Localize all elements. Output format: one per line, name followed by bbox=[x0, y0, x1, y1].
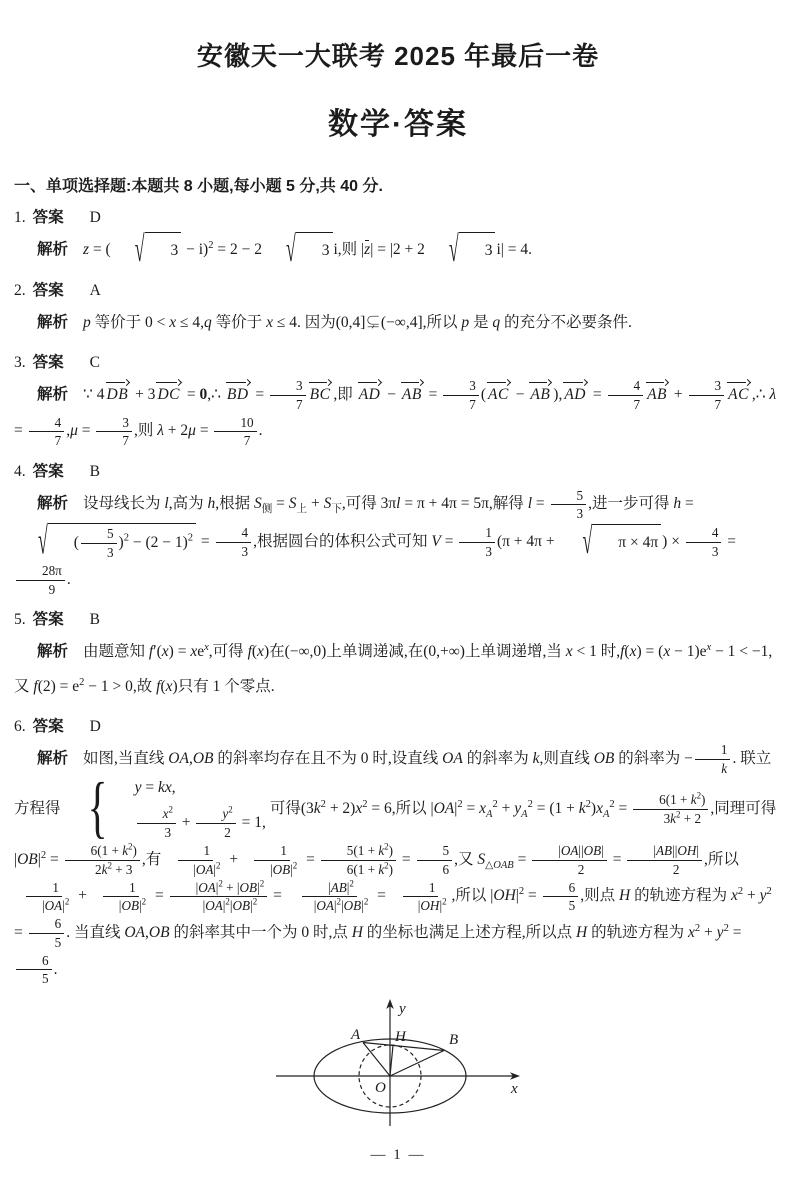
analysis-content: p 等价于 0 < x ≤ 4,q 等价于 x ≤ 4. 因为(0,4]⊊(−∞… bbox=[83, 314, 632, 331]
answer-item-5: 5.答案B 解析由题意知 f′(x) = xex,可得 f(x)在(−∞,0)上… bbox=[14, 605, 782, 704]
analysis-content: 如图,当直线 OA,OB 的斜率均存在且不为 0 时,设直线 OA 的斜率为 k… bbox=[14, 750, 776, 978]
answer-letter: D bbox=[90, 718, 101, 735]
answer-line: 3.答案C bbox=[14, 348, 782, 377]
analysis-content: z = (√3 − i)2 = 2 − 2√3i,则 |z| = |2 + 2√… bbox=[83, 241, 532, 258]
answer-item-4: 4.答案B 解析设母线长为 l,高为 h,根据 S侧 = S上 + S下,可得 … bbox=[14, 457, 782, 598]
answer-letter: B bbox=[90, 611, 100, 628]
answer-letter: A bbox=[90, 282, 101, 299]
section-heading: 一、单项选择题:本题共 8 小题,每小题 5 分,共 40 分. bbox=[14, 173, 782, 196]
answer-letter: D bbox=[90, 209, 101, 226]
answer-letter: B bbox=[90, 463, 100, 480]
question-number: 5. bbox=[14, 611, 26, 628]
answer-line: 2.答案A bbox=[14, 276, 782, 305]
figure-label-y: y bbox=[397, 1001, 406, 1017]
figure-label-B: B bbox=[449, 1032, 458, 1048]
answer-line: 1.答案D bbox=[14, 203, 782, 232]
answer-item-6: 6.答案D 解析如图,当直线 OA,OB 的斜率均存在且不为 0 时,设直线 O… bbox=[14, 712, 782, 989]
analysis-content: ∵ 4DB + 3DC = 0,∴ BD = 37BC,即 AD − AB = … bbox=[14, 386, 776, 440]
answer-line: 6.答案D bbox=[14, 712, 782, 741]
analysis-paragraph: 解析如图,当直线 OA,OB 的斜率均存在且不为 0 时,设直线 OA 的斜率为… bbox=[14, 741, 782, 988]
analysis-paragraph: 解析∵ 4DB + 3DC = 0,∴ BD = 37BC,即 AD − AB … bbox=[14, 377, 782, 450]
page-number: — 1 — bbox=[14, 1147, 782, 1164]
answer-label: 答案 bbox=[33, 354, 64, 371]
answer-line: 4.答案B bbox=[14, 457, 782, 486]
answer-label: 答案 bbox=[33, 209, 64, 226]
question-number: 6. bbox=[14, 718, 26, 735]
answer-label: 答案 bbox=[33, 282, 64, 299]
analysis-label: 解析 bbox=[37, 643, 68, 660]
figure-label-O: O bbox=[375, 1080, 386, 1096]
question-number: 3. bbox=[14, 354, 26, 371]
question-number: 1. bbox=[14, 209, 26, 226]
answer-item-1: 1.答案D 解析z = (√3 − i)2 = 2 − 2√3i,则 |z| =… bbox=[14, 203, 782, 269]
answer-line: 5.答案B bbox=[14, 605, 782, 634]
analysis-paragraph: 解析由题意知 f′(x) = xex,可得 f(x)在(−∞,0)上单调递减,在… bbox=[14, 635, 782, 705]
figure-label-A: A bbox=[350, 1027, 361, 1043]
page-subtitle: 数学·答案 bbox=[14, 99, 782, 143]
analysis-label: 解析 bbox=[37, 314, 68, 331]
answer-sheet-page: 安徽天一大联考 2025 年最后一卷 数学·答案 一、单项选择题:本题共 8 小… bbox=[0, 0, 800, 1164]
page-title: 安徽天一大联考 2025 年最后一卷 bbox=[14, 36, 782, 73]
figure-label-x: x bbox=[510, 1081, 518, 1097]
question-number: 2. bbox=[14, 282, 26, 299]
analysis-label: 解析 bbox=[37, 495, 68, 512]
answer-label: 答案 bbox=[33, 718, 64, 735]
segment-OB bbox=[390, 1051, 444, 1077]
question-number: 4. bbox=[14, 463, 26, 480]
segment-OA bbox=[363, 1043, 390, 1077]
analysis-content: 设母线长为 l,高为 h,根据 S侧 = S上 + S下,可得 3πl = π … bbox=[14, 495, 736, 587]
answer-label: 答案 bbox=[33, 611, 64, 628]
ellipse-figure: y x O A H B bbox=[14, 994, 782, 1139]
analysis-label: 解析 bbox=[37, 750, 68, 767]
analysis-paragraph: 解析设母线长为 l,高为 h,根据 S侧 = S上 + S下,可得 3πl = … bbox=[14, 487, 782, 599]
answer-letter: C bbox=[90, 354, 100, 371]
analysis-label: 解析 bbox=[37, 386, 68, 403]
analysis-label: 解析 bbox=[37, 241, 68, 258]
ellipse-figure-svg: y x O A H B bbox=[268, 994, 528, 1134]
answer-item-2: 2.答案A 解析p 等价于 0 < x ≤ 4,q 等价于 x ≤ 4. 因为(… bbox=[14, 276, 782, 340]
analysis-paragraph: 解析z = (√3 − i)2 = 2 − 2√3i,则 |z| = |2 + … bbox=[14, 232, 782, 269]
analysis-content: 由题意知 f′(x) = xex,可得 f(x)在(−∞,0)上单调递减,在(0… bbox=[14, 643, 772, 695]
answer-item-3: 3.答案C 解析∵ 4DB + 3DC = 0,∴ BD = 37BC,即 AD… bbox=[14, 348, 782, 451]
answer-label: 答案 bbox=[33, 463, 64, 480]
figure-label-H: H bbox=[394, 1029, 407, 1045]
analysis-paragraph: 解析p 等价于 0 < x ≤ 4,q 等价于 x ≤ 4. 因为(0,4]⊊(… bbox=[14, 306, 782, 341]
